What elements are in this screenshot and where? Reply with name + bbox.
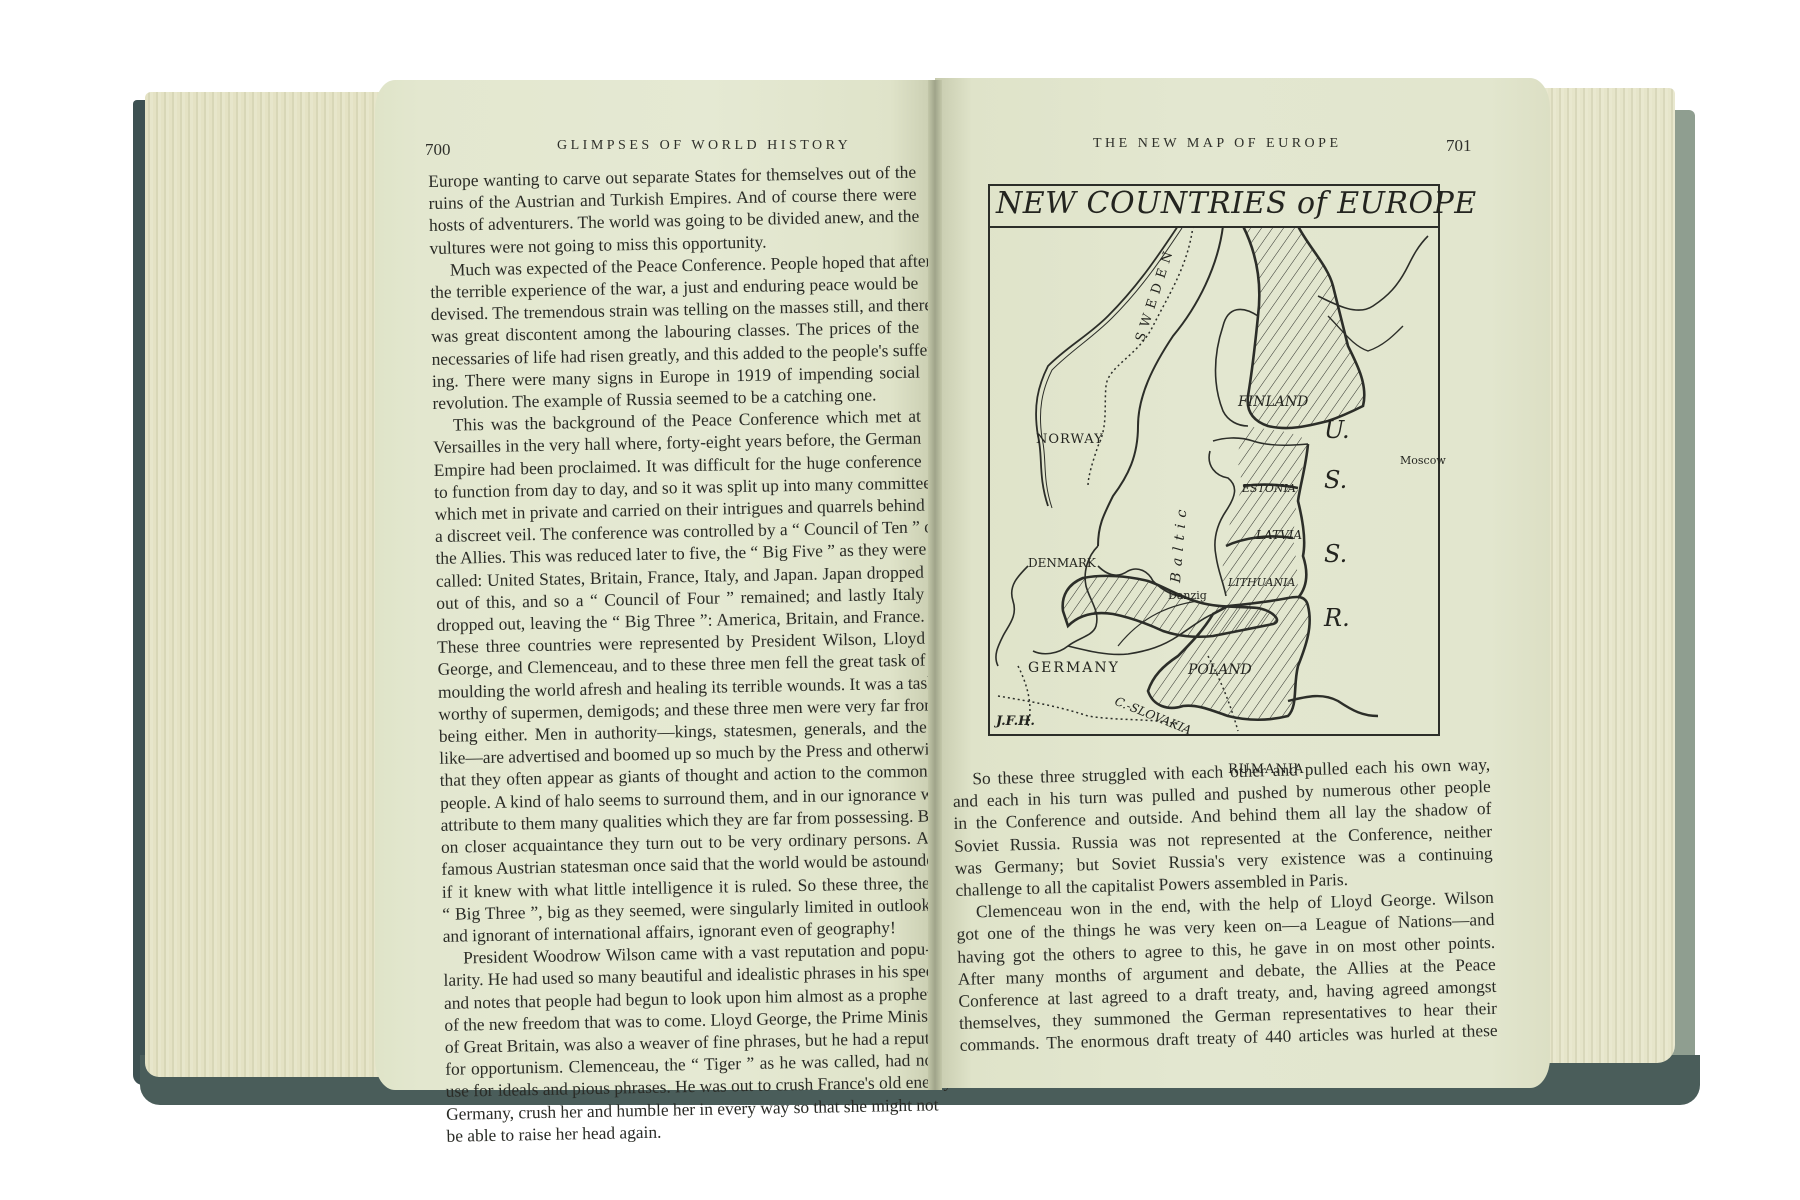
label-ussr-s2: S.	[1324, 540, 1347, 568]
right-running-head: THE NEW MAP OF EUROPE	[1093, 136, 1342, 152]
label-ussr-s1: S.	[1324, 466, 1347, 494]
left-page-body: Europe wanting to carve out separate Sta…	[428, 161, 935, 1147]
label-poland: POLAND	[1188, 662, 1252, 678]
right-page-number: 701	[1446, 136, 1472, 156]
label-estonia: ESTONIA	[1242, 482, 1296, 495]
left-page-number: 700	[425, 140, 451, 160]
label-lithuania: LITHUANIA	[1228, 576, 1295, 589]
page-stack-right	[1540, 88, 1675, 1063]
label-ussr-u: U.	[1324, 416, 1350, 444]
label-finland: FINLAND	[1238, 394, 1308, 410]
map-signature: J.F.H.	[996, 714, 1035, 729]
left-running-head: GLIMPSES OF WORLD HISTORY	[557, 138, 851, 154]
label-denmark: DENMARK	[1028, 556, 1096, 570]
page-stack-left	[145, 92, 385, 1077]
label-norway: NORWAY	[1036, 432, 1104, 447]
label-moscow: Moscow	[1400, 454, 1446, 467]
label-germany: GERMANY	[1028, 660, 1120, 676]
map-new-countries-of-europe: NEW COUNTRIES of EUROPE	[988, 184, 1440, 736]
label-ussr-r: R.	[1324, 604, 1350, 632]
map-title: NEW COUNTRIES of EUROPE	[996, 186, 1477, 221]
book-gutter	[928, 80, 942, 1090]
right-page-body: So these three struggled with each other…	[952, 753, 1498, 1057]
open-book: 700 GLIMPSES OF WORLD HISTORY Europe wan…	[0, 0, 1800, 1200]
label-danzig: Danzig	[1168, 589, 1207, 602]
label-latvia: LATVIA	[1256, 528, 1302, 542]
